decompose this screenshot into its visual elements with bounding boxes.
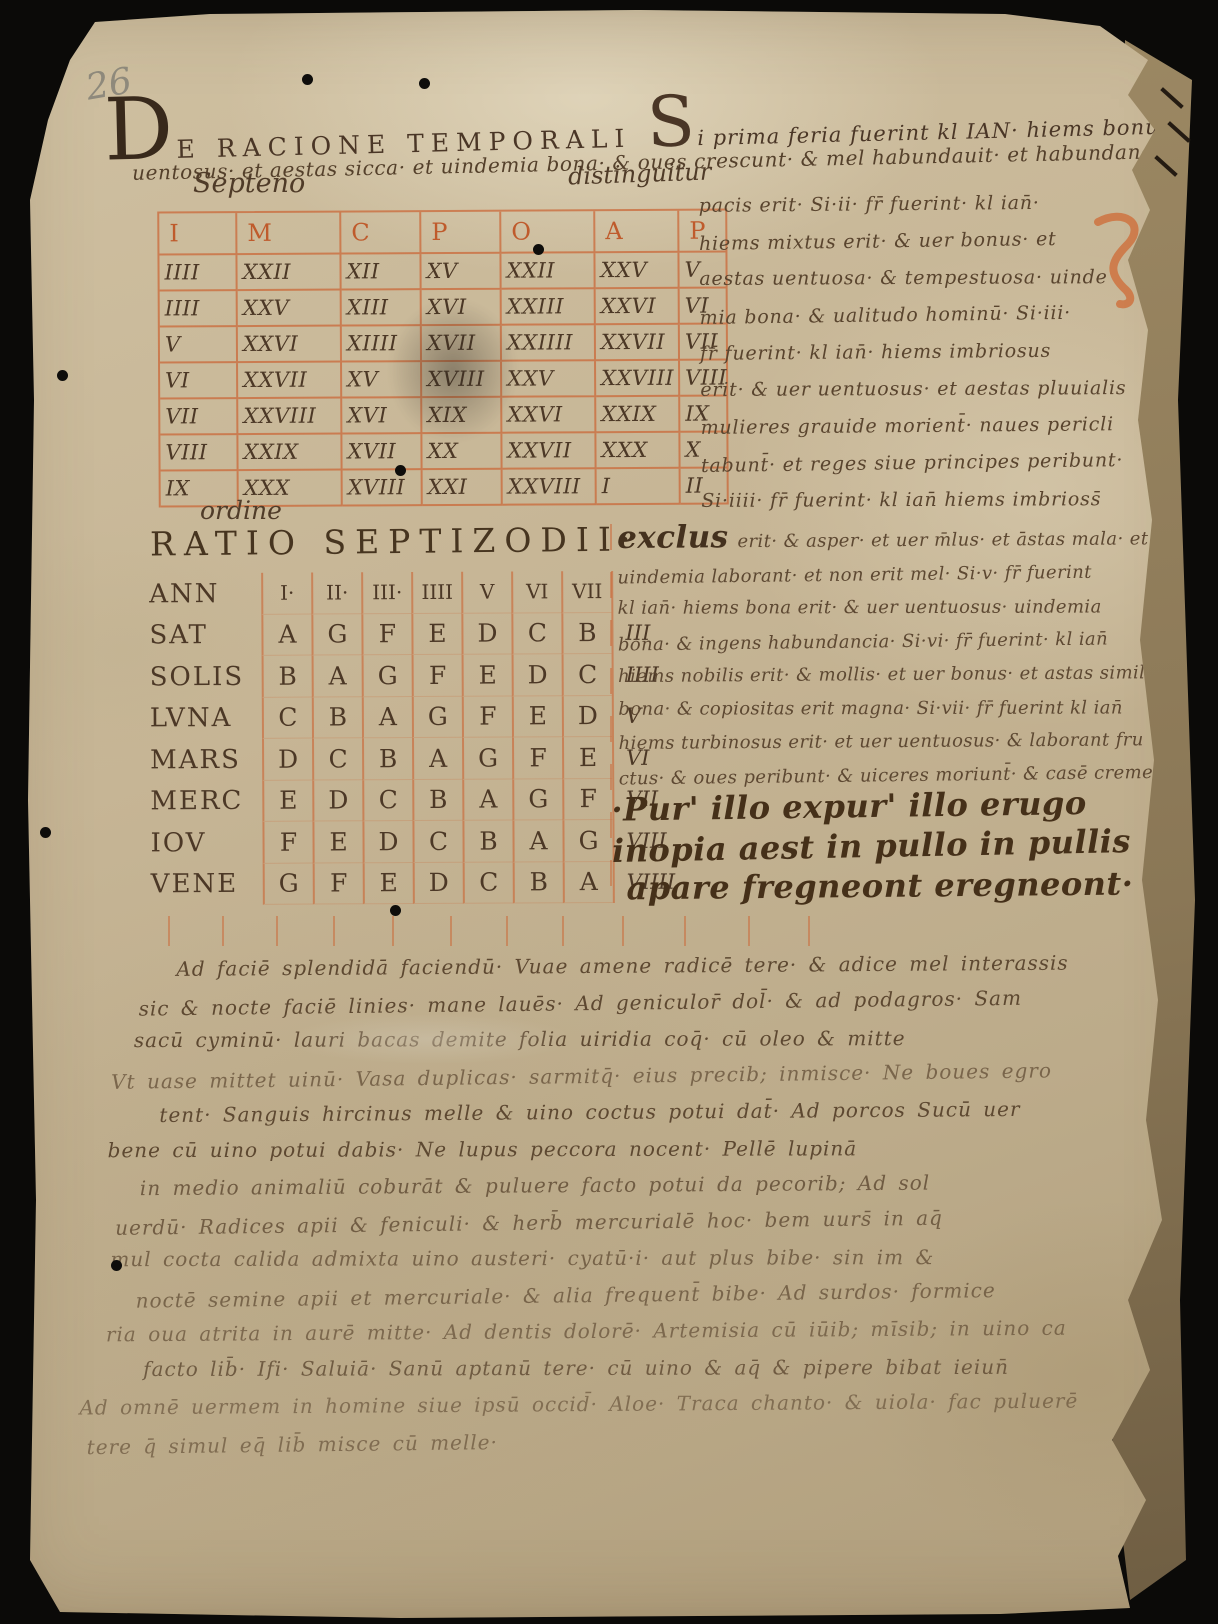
ratio-row-label: IOV xyxy=(150,822,262,864)
decorated-initial-s: S xyxy=(646,95,695,149)
text-line-lead-word: exclus xyxy=(617,519,728,556)
ratio-cell: C xyxy=(511,613,561,655)
ratio-cell: F xyxy=(262,822,312,864)
ratio-cell: C xyxy=(362,780,412,822)
ratio-row-label: SAT xyxy=(149,614,261,656)
ratio-cell: A xyxy=(362,697,412,739)
ratio-cell: A xyxy=(512,820,562,862)
ratio-cell: VII xyxy=(561,571,611,613)
ratio-row-label: MARS xyxy=(150,739,262,781)
ratio-cell: A xyxy=(563,861,613,903)
septeno-cell: V xyxy=(160,327,238,363)
septeno-cell: XXVI xyxy=(596,289,680,325)
ruling-tick xyxy=(276,916,278,946)
ratio-row-label: LVNA xyxy=(150,697,262,739)
ruling-tick xyxy=(562,916,564,946)
ruling-tick xyxy=(808,916,810,946)
ratio-cell: D xyxy=(262,739,312,781)
ratio-cell: G xyxy=(311,614,361,656)
ratio-row-label: ANN xyxy=(149,573,261,615)
ratio-cell: B xyxy=(561,612,611,654)
parchment-page: 26 D E RACIONE TEMPORALI S i prima feria… xyxy=(0,0,1218,1624)
septeno-cell: XXVIII xyxy=(596,361,680,397)
text-line: excluserit· & asper· et uer m̄lus· et ās… xyxy=(617,518,1195,560)
ratio-table: ANNI·II·III·IIIIVVIVIISATAGFEDCBIIISOLIS… xyxy=(149,571,687,906)
septeno-cell: XXIX xyxy=(596,397,680,433)
decorated-initial-d: D xyxy=(103,97,174,163)
septeno-cell: XXX xyxy=(596,433,680,469)
septeno-cell: I xyxy=(597,469,681,505)
septeno-cell: XXV xyxy=(238,291,342,328)
text-line: aestas uentuosa· & tempestuosa· uinde xyxy=(699,259,1125,298)
septeno-cell: XXVII xyxy=(596,325,680,361)
ratio-cell: A xyxy=(312,655,362,697)
ratio-cell: VI xyxy=(511,571,561,613)
text-line: hiems nobilis erit· & mollis· et uer bon… xyxy=(618,656,1196,694)
ruling-tick xyxy=(333,916,335,946)
text-line: facto lib̄· Ifi· Saluiā· Sanū aptanū ter… xyxy=(143,1348,1078,1387)
ratio-cell: F xyxy=(462,696,512,738)
text-line: hiems mixtus erit· & uer bonus· et xyxy=(699,220,1126,263)
right-column-upper: pacis erit· Si·ii· fr̄ fuerint· kl ian̄·… xyxy=(699,184,1128,521)
ratio-cell: I· xyxy=(261,573,311,615)
ruling-tick xyxy=(506,916,508,946)
ratio-row-label: SOLIS xyxy=(150,656,262,698)
ratio-septizodii-title: RATIO SEPTIZODII· xyxy=(150,519,640,563)
ratio-cell: G xyxy=(562,820,612,862)
text-line: mulieres grauide morient̄· naues pericli xyxy=(700,406,1126,447)
septeno-caption-right: distinguitur xyxy=(568,158,712,191)
septeno-cell: XXVIII xyxy=(238,399,342,436)
ratio-cell: C xyxy=(312,738,362,780)
ratio-cell: D xyxy=(562,695,612,737)
ratio-cell: D xyxy=(512,654,562,696)
ratio-cell: B xyxy=(513,862,563,904)
ratio-cell: G xyxy=(362,655,412,697)
ratio-cell: A xyxy=(412,738,462,780)
ratio-cell: E xyxy=(411,613,461,655)
ruling-tick xyxy=(168,916,170,946)
prick-hole xyxy=(390,905,401,916)
septeno-cell: XV xyxy=(421,254,501,290)
ratio-cell: E xyxy=(512,696,562,738)
ratio-cell: D xyxy=(461,613,511,655)
faded-wash xyxy=(295,1015,565,1063)
ratio-cell: B xyxy=(462,821,512,863)
right-column-lower: excluserit· & asper· et uer m̄lus· et ās… xyxy=(617,518,1197,794)
ratio-cell: F xyxy=(313,863,363,905)
prick-hole xyxy=(419,78,430,89)
ratio-row-label: MERC xyxy=(150,780,262,822)
ruling-tick xyxy=(748,916,750,946)
text-line: kl ian̄· hiems bona erit· & uer uentuosu… xyxy=(618,590,1196,625)
ratio-cell: D xyxy=(312,780,362,822)
ruling-tick xyxy=(684,916,686,946)
ratio-cell: B xyxy=(412,779,462,821)
prick-hole xyxy=(395,465,406,476)
ink-smudge xyxy=(388,298,518,443)
ratio-cell: F xyxy=(361,614,411,656)
text-line-rest: erit· & asper· et uer m̄lus· et āstas ma… xyxy=(737,528,1148,552)
text-line: mia bona· & ualitudo hominū· Si·iii· xyxy=(699,294,1126,337)
septeno-cell: IIII xyxy=(159,255,237,291)
text-line: hiems turbinosus erit· et uer uentuosus·… xyxy=(618,723,1196,761)
ratio-cell: B xyxy=(312,697,362,739)
ratio-cell: B xyxy=(362,738,412,780)
ruling-tick xyxy=(222,916,224,946)
septeno-header-cell: C xyxy=(341,212,421,254)
text-line: ria oua atrita in aurē mitte· Ad dentis … xyxy=(106,1310,1078,1353)
ruling-tick xyxy=(622,916,624,946)
ratio-cell: E xyxy=(363,863,413,905)
ratio-cell: G xyxy=(263,863,313,905)
ruling-tick xyxy=(392,916,394,946)
recipes-text-block: Ad faciē splendidā faciendū· Vuae amene … xyxy=(98,945,1078,1463)
text-line: mul cocta calida admixta uino austeri· c… xyxy=(110,1239,1077,1278)
ratio-cell: III· xyxy=(361,572,411,614)
ordine-caption: ordine xyxy=(200,496,282,525)
text-line: sacū cyminū· lauri bacas demite folia ui… xyxy=(134,1020,1076,1059)
ratio-cell: C xyxy=(412,821,462,863)
ratio-cell: G xyxy=(462,738,512,780)
septeno-header-cell: M xyxy=(237,213,341,256)
text-line: bona· & ingens habundancia· Si·vi· fr̄ f… xyxy=(618,621,1196,662)
ratio-cell: E xyxy=(562,737,612,779)
septeno-cell: XXII xyxy=(237,255,341,292)
ratio-cell: F xyxy=(412,655,462,697)
septeno-cell: XXV xyxy=(595,253,679,289)
text-line: bona· & copiositas erit magna· Si·vii· f… xyxy=(618,691,1196,726)
prick-hole xyxy=(533,244,544,255)
septeno-cell: VIII xyxy=(160,435,238,471)
septeno-header-cell: A xyxy=(595,211,679,253)
ratio-cell: E xyxy=(262,780,312,822)
ratio-cell: B xyxy=(262,656,312,698)
septeno-cell: XVIII xyxy=(343,470,423,506)
ratio-cell: C xyxy=(262,697,312,739)
ruling-tick xyxy=(450,916,452,946)
ratio-row-label: VENE xyxy=(151,863,263,905)
prick-hole xyxy=(40,827,51,838)
septeno-cell: XII xyxy=(341,254,421,290)
septeno-cell: XXIX xyxy=(238,435,342,472)
text-line: pacis erit· Si·ii· fr̄ fuerint· kl ian̄· xyxy=(699,184,1125,225)
manuscript-photo: 26 D E RACIONE TEMPORALI S i prima feria… xyxy=(0,0,1218,1624)
ratio-cell: G xyxy=(512,779,562,821)
ratio-cell: C xyxy=(463,862,513,904)
septeno-cell: XXVI xyxy=(238,327,342,364)
ratio-cell: IIII xyxy=(411,572,461,614)
ratio-cell: G xyxy=(412,696,462,738)
text-line: Si·iiii· fr̄ fuerint· kl ian̄ hiems imbr… xyxy=(701,481,1127,520)
septeno-cell: XXII xyxy=(501,253,595,289)
prick-hole xyxy=(302,74,313,85)
septeno-caption-left: Septeno xyxy=(193,168,305,199)
ratio-cell: V xyxy=(461,572,511,614)
septeno-header-cell: O xyxy=(501,211,595,253)
septeno-cell: XXVIII xyxy=(503,469,597,505)
ratio-cell: II· xyxy=(311,572,361,614)
text-line: uindemia laborant· et non erit mel· Si·v… xyxy=(617,554,1195,595)
septeno-cell: VI xyxy=(160,363,238,399)
text-line: bene cū uino potui dabis· Ne lupus pecco… xyxy=(108,1129,1077,1168)
prick-hole xyxy=(111,1260,122,1271)
ratio-cell: A xyxy=(462,779,512,821)
septeno-cell: XXI xyxy=(423,470,503,506)
text-line: erit· & uer uentuosus· et aestas pluuial… xyxy=(700,370,1126,409)
ratio-cell: F xyxy=(512,737,562,779)
septeno-header-cell: P xyxy=(421,212,501,254)
prick-hole xyxy=(57,370,68,381)
text-line: fr̄ fuerint· kl ian̄· hiems imbriosus xyxy=(700,332,1126,373)
ratio-cell: E xyxy=(462,655,512,697)
septeno-cell: XXVII xyxy=(238,363,342,400)
septeno-cell: VII xyxy=(160,399,238,435)
text-line: tabunt̄· et reges siue principes peribun… xyxy=(701,442,1128,485)
charm-text-block: ·Pur' illo expur' illo erugoinopia aest … xyxy=(611,782,1133,909)
ratio-cell: D xyxy=(362,821,412,863)
septeno-header-cell: I xyxy=(159,213,237,255)
text-line: apare fregneont eregneont· xyxy=(626,863,1133,908)
ratio-cell: E xyxy=(312,821,362,863)
ratio-cell: D xyxy=(413,862,463,904)
ratio-cell: C xyxy=(562,654,612,696)
ratio-cell: A xyxy=(261,614,311,656)
septeno-cell: IIII xyxy=(160,291,238,327)
ratio-cell: F xyxy=(562,778,612,820)
